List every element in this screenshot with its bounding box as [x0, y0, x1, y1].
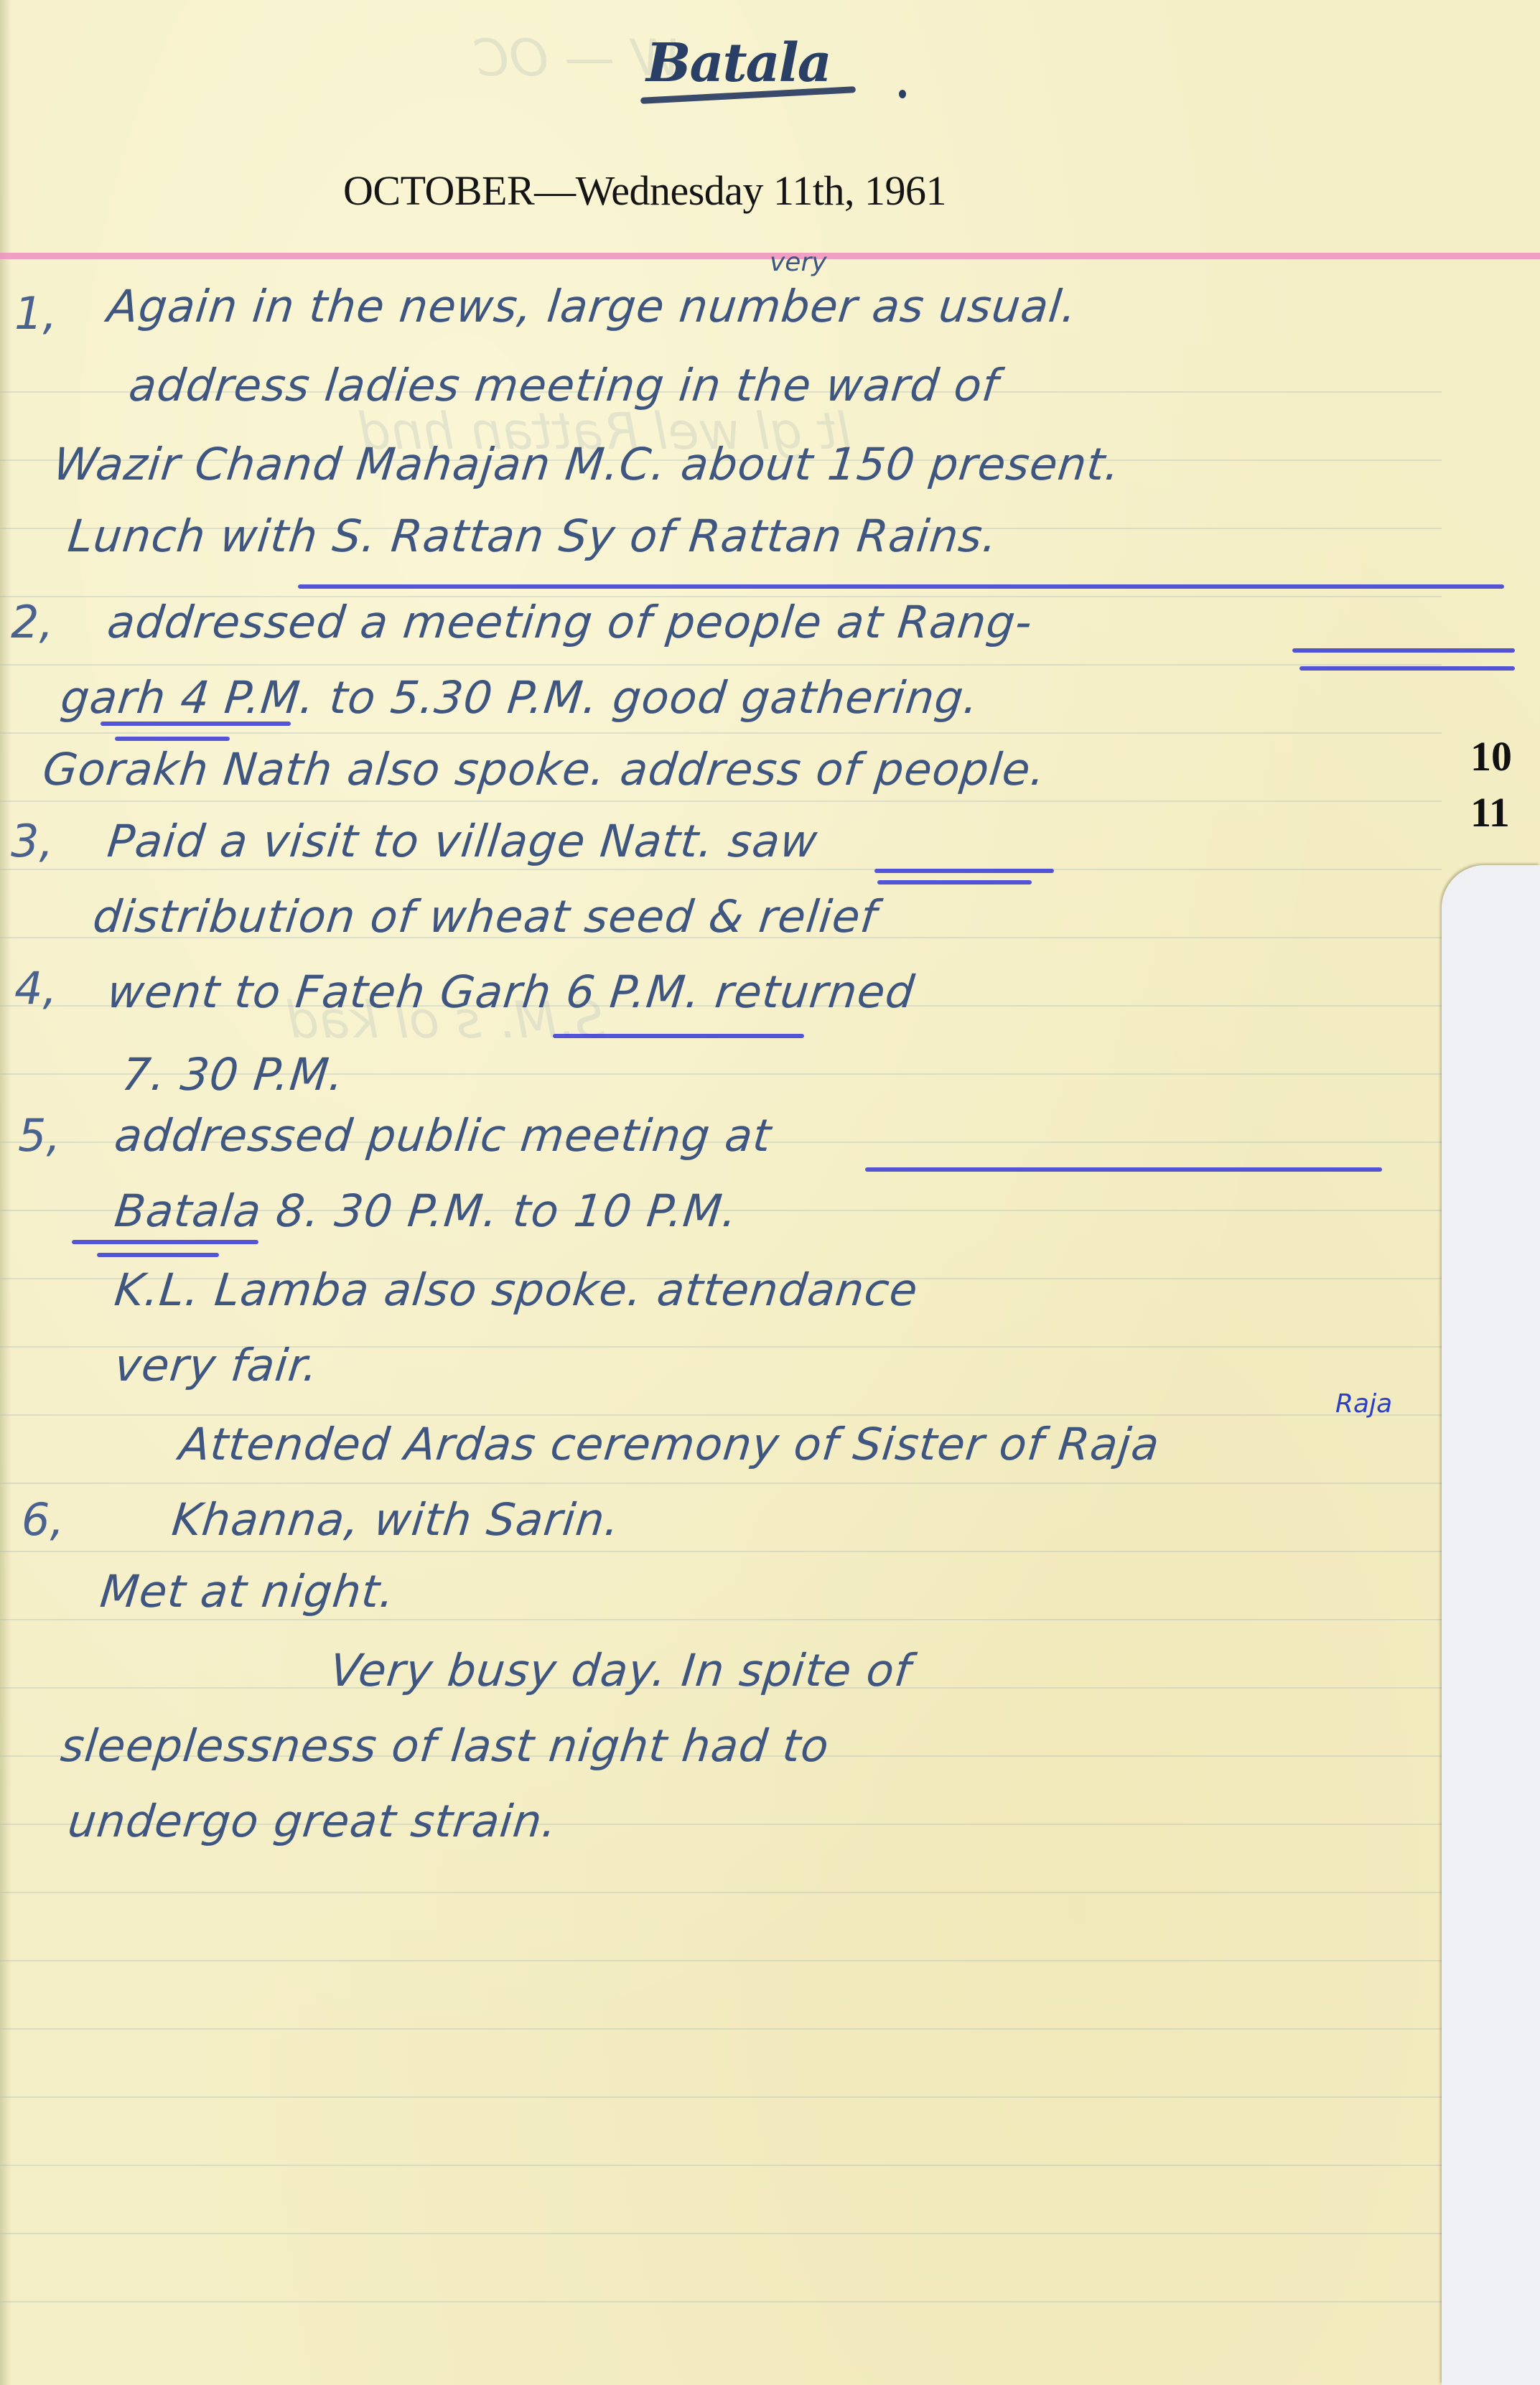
- index-tab: [1442, 865, 1540, 2385]
- entry-line: distribution of wheat seed & relief: [90, 890, 879, 943]
- entry-line: sleeplessness of last night had to: [58, 1719, 831, 1772]
- entry-line: addressed a meeting of people at Rang-: [105, 596, 1035, 648]
- entry-line: Wazir Chand Mahajan M.C. about 150 prese…: [51, 438, 1123, 490]
- diary-page: W — OC lt gl wel Rattan hnd S.M. s ol ka…: [0, 0, 1540, 2385]
- entry-line: Batala 8. 30 P.M. to 10 P.M.: [112, 1185, 740, 1237]
- underline: [865, 1167, 1382, 1172]
- entry-line: Khanna, with Sarin.: [169, 1493, 622, 1546]
- ruled-line: [0, 2233, 1442, 2234]
- ruled-line: [0, 2165, 1442, 2166]
- ruled-line: [0, 2096, 1442, 2098]
- entry-line: Gorakh Nath also spoke. address of peopl…: [40, 743, 1048, 795]
- ruled-line: [0, 1483, 1442, 1484]
- underline: [553, 1034, 804, 1038]
- entry-line: undergo great strain.: [65, 1795, 560, 1847]
- underline: [115, 737, 230, 741]
- entry-line: K.L. Lamba also spoke. attendance: [112, 1264, 920, 1316]
- heading-period: [899, 90, 906, 98]
- entry-number: 4,: [14, 962, 57, 1014]
- entry-number: 6,: [22, 1493, 64, 1546]
- entry-number: 5,: [18, 1109, 60, 1162]
- ruled-line: [0, 1551, 1442, 1552]
- entry-line: went to Fateh Garh 6 P.M. returned: [105, 966, 918, 1018]
- underline: [97, 1253, 219, 1257]
- entry-number: 3,: [11, 815, 53, 867]
- page-number: 10: [1470, 732, 1512, 780]
- entry-line: Met at night.: [98, 1565, 398, 1618]
- entry-line: 7. 30 P.M.: [119, 1048, 347, 1101]
- entry-line: Paid a visit to village Natt. saw: [105, 815, 820, 867]
- page-edge-shadow: [0, 0, 11, 2385]
- entry-line: garh 4 P.M. to 5.30 P.M. good gathering.: [58, 671, 981, 724]
- underline: [298, 584, 1504, 589]
- page-heading: Batala: [646, 32, 831, 94]
- underline: [874, 869, 1054, 873]
- insertion-mark: very: [770, 248, 827, 277]
- ruled-line: [0, 869, 1442, 870]
- ruled-line: [0, 801, 1442, 802]
- ruled-line: [0, 2301, 1442, 2302]
- ruled-line: [0, 664, 1442, 666]
- ruled-line: [0, 1892, 1442, 1893]
- ruled-line: [0, 1414, 1442, 1416]
- ruled-line: [0, 2028, 1442, 2030]
- entry-line: addressed public meeting at: [112, 1109, 774, 1162]
- entry-line: Lunch with S. Rattan Sy of Rattan Rains.: [65, 510, 1000, 562]
- ruled-line: [0, 1960, 1442, 1961]
- entry-line: address ladies meeting in the ward of: [126, 359, 1002, 411]
- entry-line: Very busy day. In spite of: [327, 1644, 914, 1696]
- underline: [877, 880, 1032, 885]
- entry-line: very fair.: [112, 1339, 321, 1391]
- entry-number: 2,: [11, 596, 53, 648]
- entry-line: Attended Ardas ceremony of Sister of Raj…: [177, 1418, 1162, 1470]
- underline: [1299, 666, 1515, 671]
- entry-number: 1,: [14, 287, 57, 340]
- ruled-line: [0, 732, 1442, 734]
- underline: [1292, 648, 1515, 653]
- insertion-mark: Raja: [1335, 1389, 1392, 1419]
- page-number: 11: [1470, 788, 1510, 836]
- underline: [72, 1240, 258, 1244]
- printed-date: OCTOBER—Wednesday 11th, 1961: [343, 167, 946, 215]
- entry-line: Again in the news, large number as usual…: [105, 280, 1080, 332]
- ruled-line: [0, 1619, 1442, 1620]
- underline: [101, 722, 291, 726]
